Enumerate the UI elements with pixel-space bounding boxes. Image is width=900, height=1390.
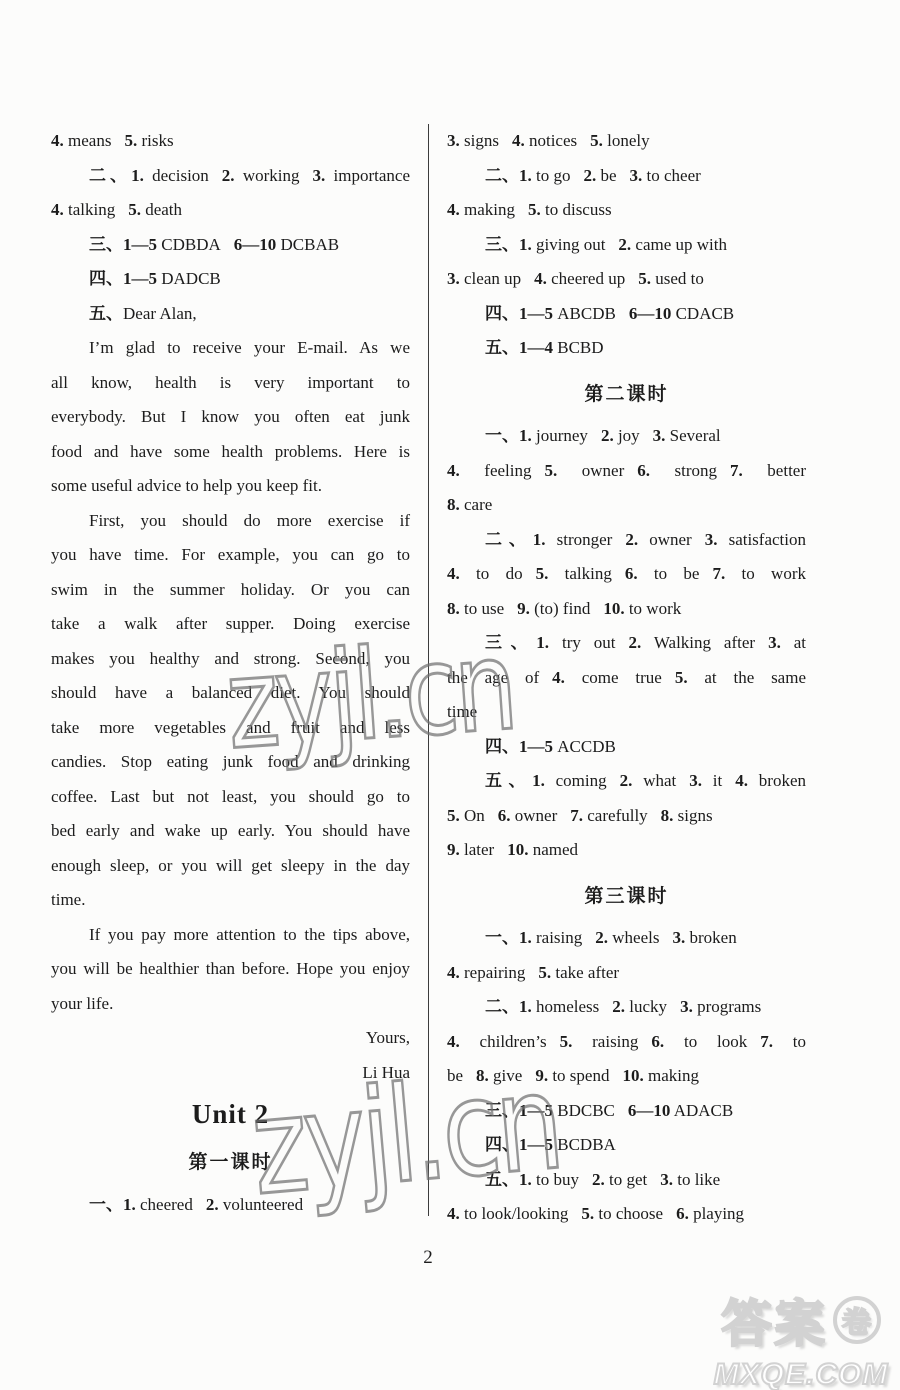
answer-text: be bbox=[596, 166, 616, 185]
text-line: 一、1. raising2. wheels3. broken bbox=[447, 921, 806, 956]
answer-text: time bbox=[447, 702, 477, 721]
answer-marker: 8. bbox=[661, 806, 674, 825]
column-right: 3. signs4. notices5. lonely二、1. to go2. … bbox=[447, 124, 806, 1232]
answer-text: raising bbox=[572, 1032, 638, 1051]
answer-text: satisfaction bbox=[717, 530, 806, 549]
answer-text: time. bbox=[51, 890, 85, 909]
answer-text: Li Hua bbox=[362, 1063, 410, 1082]
answer-text: death bbox=[141, 200, 182, 219]
answer-text: you will be healthier than before. Hope … bbox=[51, 959, 410, 978]
answer-marker: 5. bbox=[560, 1032, 573, 1051]
answer-marker: 5. bbox=[638, 269, 651, 288]
text-line: makes you healthy and strong. Second, yo… bbox=[51, 642, 410, 677]
answer-text: clean up bbox=[460, 269, 521, 288]
answer-text: makes you healthy and strong. Second, yo… bbox=[51, 649, 410, 668]
text-line: time. bbox=[51, 883, 410, 918]
answer-marker: 2. bbox=[601, 426, 614, 445]
answer-marker: 3. bbox=[447, 131, 460, 150]
answer-marker: 4. bbox=[447, 200, 460, 219]
answer-marker: 10. bbox=[507, 840, 528, 859]
answer-text: came up with bbox=[631, 235, 727, 254]
answer-marker: 5. bbox=[590, 131, 603, 150]
answer-marker: 9. bbox=[535, 1066, 548, 1085]
answer-text: BDCBC bbox=[553, 1101, 615, 1120]
text-line: 三、1—5 CDBDA6—10 DCBAB bbox=[51, 228, 410, 263]
answer-marker: 3. bbox=[653, 426, 666, 445]
answer-text: owner bbox=[638, 530, 692, 549]
answer-marker: 9. bbox=[517, 599, 530, 618]
answer-text: broken bbox=[748, 771, 806, 790]
answer-text: it bbox=[702, 771, 722, 790]
answer-text: cheered bbox=[136, 1195, 193, 1214]
answer-text: homeless bbox=[532, 997, 600, 1016]
answer-text: to work bbox=[725, 564, 806, 583]
text-line: 三、1—5 BDCBC6—10 ADACB bbox=[447, 1094, 806, 1129]
text-line: First, you should do more exercise if bbox=[51, 504, 410, 539]
answer-text: to work bbox=[625, 599, 682, 618]
text-line: your life. bbox=[51, 987, 410, 1022]
answer-text: children’s bbox=[460, 1032, 547, 1051]
answer-text: food and have some health problems. Here… bbox=[51, 442, 410, 461]
answer-text: bed early and wake up early. You should … bbox=[51, 821, 410, 840]
answer-text: lucky bbox=[625, 997, 667, 1016]
answer-marker: 3. bbox=[630, 166, 643, 185]
text-line: coffee. Last but not least, you should g… bbox=[51, 780, 410, 815]
text-line: 3. signs4. notices5. lonely bbox=[447, 124, 806, 159]
answer-text: ABCDB bbox=[553, 304, 616, 323]
answer-marker: 4. bbox=[51, 131, 64, 150]
answer-marker: 4. bbox=[512, 131, 525, 150]
answer-marker: 6. bbox=[651, 1032, 664, 1051]
answer-marker: 7. bbox=[570, 806, 583, 825]
answer-marker: 7. bbox=[730, 461, 743, 480]
answer-marker: 4. bbox=[51, 200, 64, 219]
answer-text: owner bbox=[511, 806, 558, 825]
answer-text: I’m glad to receive your E-mail. As we bbox=[89, 338, 410, 357]
answer-marker: 4. bbox=[447, 1032, 460, 1051]
answer-text: at the same bbox=[688, 668, 806, 687]
answer-text: raising bbox=[532, 928, 583, 947]
section-heading: 第二课时 bbox=[447, 378, 806, 413]
text-line: 5. On6. owner7. carefully8. signs bbox=[447, 799, 806, 834]
answer-text: giving out bbox=[532, 235, 606, 254]
answer-marker: 三、1. bbox=[485, 633, 549, 652]
answer-text: ADACB bbox=[670, 1101, 733, 1120]
answer-marker: 3. bbox=[680, 997, 693, 1016]
answer-text: to get bbox=[605, 1170, 648, 1189]
answer-text: take after bbox=[551, 963, 619, 982]
answer-text: to look/looking bbox=[460, 1204, 569, 1223]
answer-text: means bbox=[64, 131, 112, 150]
answer-marker: 五、 bbox=[89, 304, 123, 323]
answer-text: joy bbox=[614, 426, 640, 445]
answer-marker: 6. bbox=[637, 461, 650, 480]
answer-marker: 2. bbox=[625, 530, 638, 549]
answer-marker: 4. bbox=[534, 269, 547, 288]
answer-text: Walking after bbox=[641, 633, 755, 652]
answer-text: to cheer bbox=[642, 166, 701, 185]
answer-text: take more vegetables and fruit and less bbox=[51, 718, 410, 737]
text-line: 4. to look/looking5. to choose6. playing bbox=[447, 1197, 806, 1232]
answer-text: strong bbox=[650, 461, 717, 480]
answer-marker: 5. bbox=[528, 200, 541, 219]
answer-marker: 6—10 bbox=[628, 1101, 671, 1120]
text-line: Yours, bbox=[51, 1021, 410, 1056]
answer-text: try out bbox=[549, 633, 615, 652]
answer-text: coming bbox=[545, 771, 607, 790]
answer-marker: 4. bbox=[447, 461, 460, 480]
brand-logo: 答案 卷 MXQE.COM bbox=[705, 1284, 897, 1390]
answer-text: CDACB bbox=[671, 304, 734, 323]
answer-marker: 8. bbox=[447, 495, 460, 514]
answer-text: BCDBA bbox=[553, 1135, 616, 1154]
answer-text: swim in the summer holiday. Or you can bbox=[51, 580, 410, 599]
answer-text: used to bbox=[651, 269, 704, 288]
text-line: Li Hua bbox=[51, 1056, 410, 1091]
answer-marker: 5. bbox=[124, 131, 137, 150]
answer-text: should have a balanced diet. You should bbox=[51, 683, 410, 702]
answer-text: stronger bbox=[546, 530, 613, 549]
answer-text: to use bbox=[460, 599, 504, 618]
answer-marker: 4. bbox=[552, 668, 565, 687]
answer-marker: 5. bbox=[538, 963, 551, 982]
answer-marker: 2. bbox=[628, 633, 641, 652]
answer-text: you have time. For example, you can go t… bbox=[51, 545, 410, 564]
answer-marker: 二、1. bbox=[485, 997, 532, 1016]
answer-marker: 3. bbox=[660, 1170, 673, 1189]
answer-text: working bbox=[235, 166, 300, 185]
answer-text: talking bbox=[64, 200, 115, 219]
answer-text: named bbox=[528, 840, 578, 859]
answer-text: repairing bbox=[460, 963, 526, 982]
text-line: 三、1. try out2. Walking after3. at bbox=[447, 626, 806, 661]
text-line: 4. means5. risks bbox=[51, 124, 410, 159]
text-line: time bbox=[447, 695, 806, 730]
text-line: 一、1. cheered2. volunteered bbox=[51, 1188, 410, 1223]
answer-text: candies. Stop eating junk food and drink… bbox=[51, 752, 410, 771]
answer-text: your life. bbox=[51, 994, 113, 1013]
answer-marker: 四、1—5 bbox=[485, 304, 553, 323]
page-number: 2 bbox=[404, 1247, 452, 1269]
answer-marker: 五、1—4 bbox=[485, 338, 553, 357]
text-line: you have time. For example, you can go t… bbox=[51, 538, 410, 573]
text-line: 二、1. decision2. working3. importance bbox=[51, 159, 410, 194]
answer-marker: 五、1. bbox=[485, 1170, 532, 1189]
answer-text: making bbox=[460, 200, 515, 219]
answer-marker: 3. bbox=[447, 269, 460, 288]
answer-text: give bbox=[489, 1066, 523, 1085]
text-line: candies. Stop eating junk food and drink… bbox=[51, 745, 410, 780]
brand-logo-row: 答案 卷 bbox=[705, 1284, 897, 1356]
answer-marker: 4. bbox=[735, 771, 748, 790]
answer-marker: 2. bbox=[618, 235, 631, 254]
text-line: 四、1—5 BCDBA bbox=[447, 1128, 806, 1163]
text-line: should have a balanced diet. You should bbox=[51, 676, 410, 711]
answer-marker: 3. bbox=[673, 928, 686, 947]
answer-text: to go bbox=[532, 166, 571, 185]
answer-marker: 一、1. bbox=[485, 928, 532, 947]
answer-marker: 2. bbox=[222, 166, 235, 185]
text-line: 4. repairing5. take after bbox=[447, 956, 806, 991]
answer-text: to do bbox=[460, 564, 523, 583]
answer-text: First, you should do more exercise if bbox=[89, 511, 410, 530]
answer-text: journey bbox=[532, 426, 588, 445]
answer-text: come true bbox=[565, 668, 662, 687]
answer-marker: 7. bbox=[760, 1032, 773, 1051]
answer-marker: 二、1. bbox=[485, 530, 546, 549]
text-line: take a walk after supper. Doing exercise bbox=[51, 607, 410, 642]
answer-text: at bbox=[781, 633, 806, 652]
answer-marker: 3. bbox=[705, 530, 718, 549]
answer-text: BCBD bbox=[553, 338, 604, 357]
answer-marker: 5. bbox=[447, 806, 460, 825]
answer-marker: 四、1—5 bbox=[89, 269, 157, 288]
text-line: 三、1. giving out2. came up with bbox=[447, 228, 806, 263]
answer-text: to look bbox=[664, 1032, 747, 1051]
answer-text: CDBDA bbox=[157, 235, 221, 254]
answer-text: talking bbox=[548, 564, 612, 583]
answer-marker: 一、1. bbox=[485, 426, 532, 445]
answer-text: to be bbox=[638, 564, 700, 583]
answer-text: programs bbox=[693, 997, 761, 1016]
answer-marker: 10. bbox=[603, 599, 624, 618]
answer-text: DCBAB bbox=[276, 235, 339, 254]
text-line: If you pay more attention to the tips ab… bbox=[51, 918, 410, 953]
answer-marker: 5. bbox=[675, 668, 688, 687]
answer-marker: 2. bbox=[620, 771, 633, 790]
text-line: take more vegetables and fruit and less bbox=[51, 711, 410, 746]
answer-text: owner bbox=[557, 461, 624, 480]
answer-text: ACCDB bbox=[553, 737, 616, 756]
answer-text: to spend bbox=[548, 1066, 609, 1085]
answer-text: to choose bbox=[594, 1204, 663, 1223]
text-line: bed early and wake up early. You should … bbox=[51, 814, 410, 849]
text-line: everybody. But I know you often eat junk bbox=[51, 400, 410, 435]
text-line: food and have some health problems. Here… bbox=[51, 435, 410, 470]
text-line: 一、1. journey2. joy3. Several bbox=[447, 419, 806, 454]
text-line: 9. later10. named bbox=[447, 833, 806, 868]
answer-marker: 4. bbox=[447, 1204, 460, 1223]
answer-marker: 二、1. bbox=[485, 166, 532, 185]
text-line: 4. to do5. talking6. to be7. to work bbox=[447, 557, 806, 592]
answer-text: making bbox=[644, 1066, 699, 1085]
answer-marker: 2. bbox=[595, 928, 608, 947]
text-line: 五、1. to buy2. to get3. to like bbox=[447, 1163, 806, 1198]
answer-marker: 二、1. bbox=[89, 166, 144, 185]
answer-text: volunteered bbox=[219, 1195, 304, 1214]
answer-text: (to) find bbox=[530, 599, 590, 618]
answer-marker: 3. bbox=[313, 166, 326, 185]
text-line: enough sleep, or you will get sleepy in … bbox=[51, 849, 410, 884]
text-line: 8. to use9. (to) find10. to work bbox=[447, 592, 806, 627]
answer-text: everybody. But I know you often eat junk bbox=[51, 407, 410, 426]
answer-text: signs bbox=[673, 806, 712, 825]
answer-marker: 五、1. bbox=[485, 771, 545, 790]
text-line: 4. feeling5. owner6. strong7. better bbox=[447, 454, 806, 489]
answer-marker: 5. bbox=[581, 1204, 594, 1223]
answer-text: what bbox=[632, 771, 676, 790]
answer-marker: 4. bbox=[447, 564, 460, 583]
answer-marker: 6. bbox=[498, 806, 511, 825]
answer-text: wheels bbox=[608, 928, 659, 947]
answer-text: risks bbox=[137, 131, 173, 150]
answer-text: DADCB bbox=[157, 269, 221, 288]
text-line: 四、1—5 DADCB bbox=[51, 262, 410, 297]
answer-text: take a walk after supper. Doing exercise bbox=[51, 614, 410, 633]
answer-marker: 8. bbox=[447, 599, 460, 618]
answer-text: enough sleep, or you will get sleepy in … bbox=[51, 856, 410, 875]
answer-marker: 4. bbox=[447, 963, 460, 982]
answer-marker: 四、1—5 bbox=[485, 1135, 553, 1154]
answer-marker: 6. bbox=[625, 564, 638, 583]
answer-marker: 5. bbox=[128, 200, 141, 219]
text-line: be8. give9. to spend10. making bbox=[447, 1059, 806, 1094]
answer-text: cheered up bbox=[547, 269, 625, 288]
column-divider-line bbox=[428, 124, 429, 1216]
text-line: 五、1. coming2. what3. it4. broken bbox=[447, 764, 806, 799]
answer-marker: 2. bbox=[206, 1195, 219, 1214]
text-line: 四、1—5 ABCDB6—10 CDACB bbox=[447, 297, 806, 332]
text-line: 4. children’s5. raising6. to look7. to bbox=[447, 1025, 806, 1060]
answer-marker: 三、1—5 bbox=[89, 235, 157, 254]
text-line: some useful advice to help you keep fit. bbox=[51, 469, 410, 504]
answer-text: some useful advice to help you keep fit. bbox=[51, 476, 322, 495]
answer-text: 第二课时 bbox=[584, 384, 668, 405]
section-heading: 第三课时 bbox=[447, 880, 806, 915]
answer-marker: 10. bbox=[622, 1066, 643, 1085]
text-line: 8. care bbox=[447, 488, 806, 523]
unit-heading: Unit 2 bbox=[51, 1094, 410, 1134]
text-line: I’m glad to receive your E-mail. As we bbox=[51, 331, 410, 366]
brand-badge-icon: 卷 bbox=[833, 1296, 881, 1344]
answer-text: Yours, bbox=[366, 1028, 410, 1047]
text-line: 二、1. stronger2. owner3. satisfaction bbox=[447, 523, 806, 558]
text-line: 4. making5. to discuss bbox=[447, 193, 806, 228]
answer-text: Dear Alan, bbox=[123, 304, 197, 323]
answer-text: 第一课时 bbox=[188, 1152, 272, 1173]
answer-text: coffee. Last but not least, you should g… bbox=[51, 787, 410, 806]
answer-marker: 6—10 bbox=[234, 235, 277, 254]
answer-text: care bbox=[460, 495, 493, 514]
answer-marker: 2. bbox=[583, 166, 596, 185]
text-line: 五、1—4 BCBD bbox=[447, 331, 806, 366]
answer-marker: 6—10 bbox=[629, 304, 672, 323]
answer-text: carefully bbox=[583, 806, 648, 825]
answer-text: all know, health is very important to bbox=[51, 373, 410, 392]
answer-text: to bbox=[773, 1032, 806, 1051]
answer-text: to buy bbox=[532, 1170, 579, 1189]
text-line: you will be healthier than before. Hope … bbox=[51, 952, 410, 987]
answer-marker: 7. bbox=[712, 564, 725, 583]
answer-text: playing bbox=[689, 1204, 744, 1223]
answer-text: feeling bbox=[460, 461, 532, 480]
answer-marker: 5. bbox=[544, 461, 557, 480]
answer-marker: 3. bbox=[768, 633, 781, 652]
text-line: 二、1. homeless2. lucky3. programs bbox=[447, 990, 806, 1025]
text-line: 五、Dear Alan, bbox=[51, 297, 410, 332]
answer-marker: 2. bbox=[592, 1170, 605, 1189]
answer-marker: 一、1. bbox=[89, 1195, 136, 1214]
answer-marker: 三、1—5 bbox=[485, 1101, 553, 1120]
answer-marker: 2. bbox=[612, 997, 625, 1016]
section-heading: 第一课时 bbox=[51, 1146, 410, 1181]
answer-marker: 8. bbox=[476, 1066, 489, 1085]
answer-marker: 9. bbox=[447, 840, 460, 859]
brand-site-text: MXQE.COM bbox=[705, 1358, 897, 1390]
answer-text: decision bbox=[144, 166, 209, 185]
answer-marker: 三、1. bbox=[485, 235, 532, 254]
answer-text: Several bbox=[665, 426, 720, 445]
brand-name-text: 答案 bbox=[722, 1284, 828, 1356]
answer-text: better bbox=[743, 461, 806, 480]
answer-text: signs bbox=[460, 131, 499, 150]
text-line: all know, health is very important to bbox=[51, 366, 410, 401]
answer-text: broken bbox=[685, 928, 736, 947]
answer-text: to discuss bbox=[541, 200, 612, 219]
answer-text: On bbox=[460, 806, 485, 825]
answer-text: importance bbox=[325, 166, 410, 185]
answer-text: later bbox=[460, 840, 494, 859]
text-line: the age of4. come true5. at the same bbox=[447, 661, 806, 696]
answer-marker: 四、1—5 bbox=[485, 737, 553, 756]
text-line: 3. clean up4. cheered up5. used to bbox=[447, 262, 806, 297]
answer-text: lonely bbox=[603, 131, 650, 150]
answer-text: If you pay more attention to the tips ab… bbox=[89, 925, 410, 944]
text-line: 四、1—5 ACCDB bbox=[447, 730, 806, 765]
answer-text: be bbox=[447, 1066, 463, 1085]
text-line: 4. talking5. death bbox=[51, 193, 410, 228]
text-line: 二、1. to go2. be3. to cheer bbox=[447, 159, 806, 194]
answer-text: Unit 2 bbox=[192, 1099, 269, 1129]
scanned-answer-page: 4. means5. risks二、1. decision2. working3… bbox=[0, 0, 900, 1390]
answer-text: 第三课时 bbox=[584, 886, 668, 907]
answer-text: to like bbox=[673, 1170, 720, 1189]
answer-text: notices bbox=[525, 131, 577, 150]
answer-marker: 5. bbox=[536, 564, 549, 583]
text-line: swim in the summer holiday. Or you can bbox=[51, 573, 410, 608]
answer-marker: 6. bbox=[676, 1204, 689, 1223]
answer-marker: 3. bbox=[689, 771, 702, 790]
answer-text: the age of bbox=[447, 668, 539, 687]
column-left: 4. means5. risks二、1. decision2. working3… bbox=[51, 124, 410, 1222]
